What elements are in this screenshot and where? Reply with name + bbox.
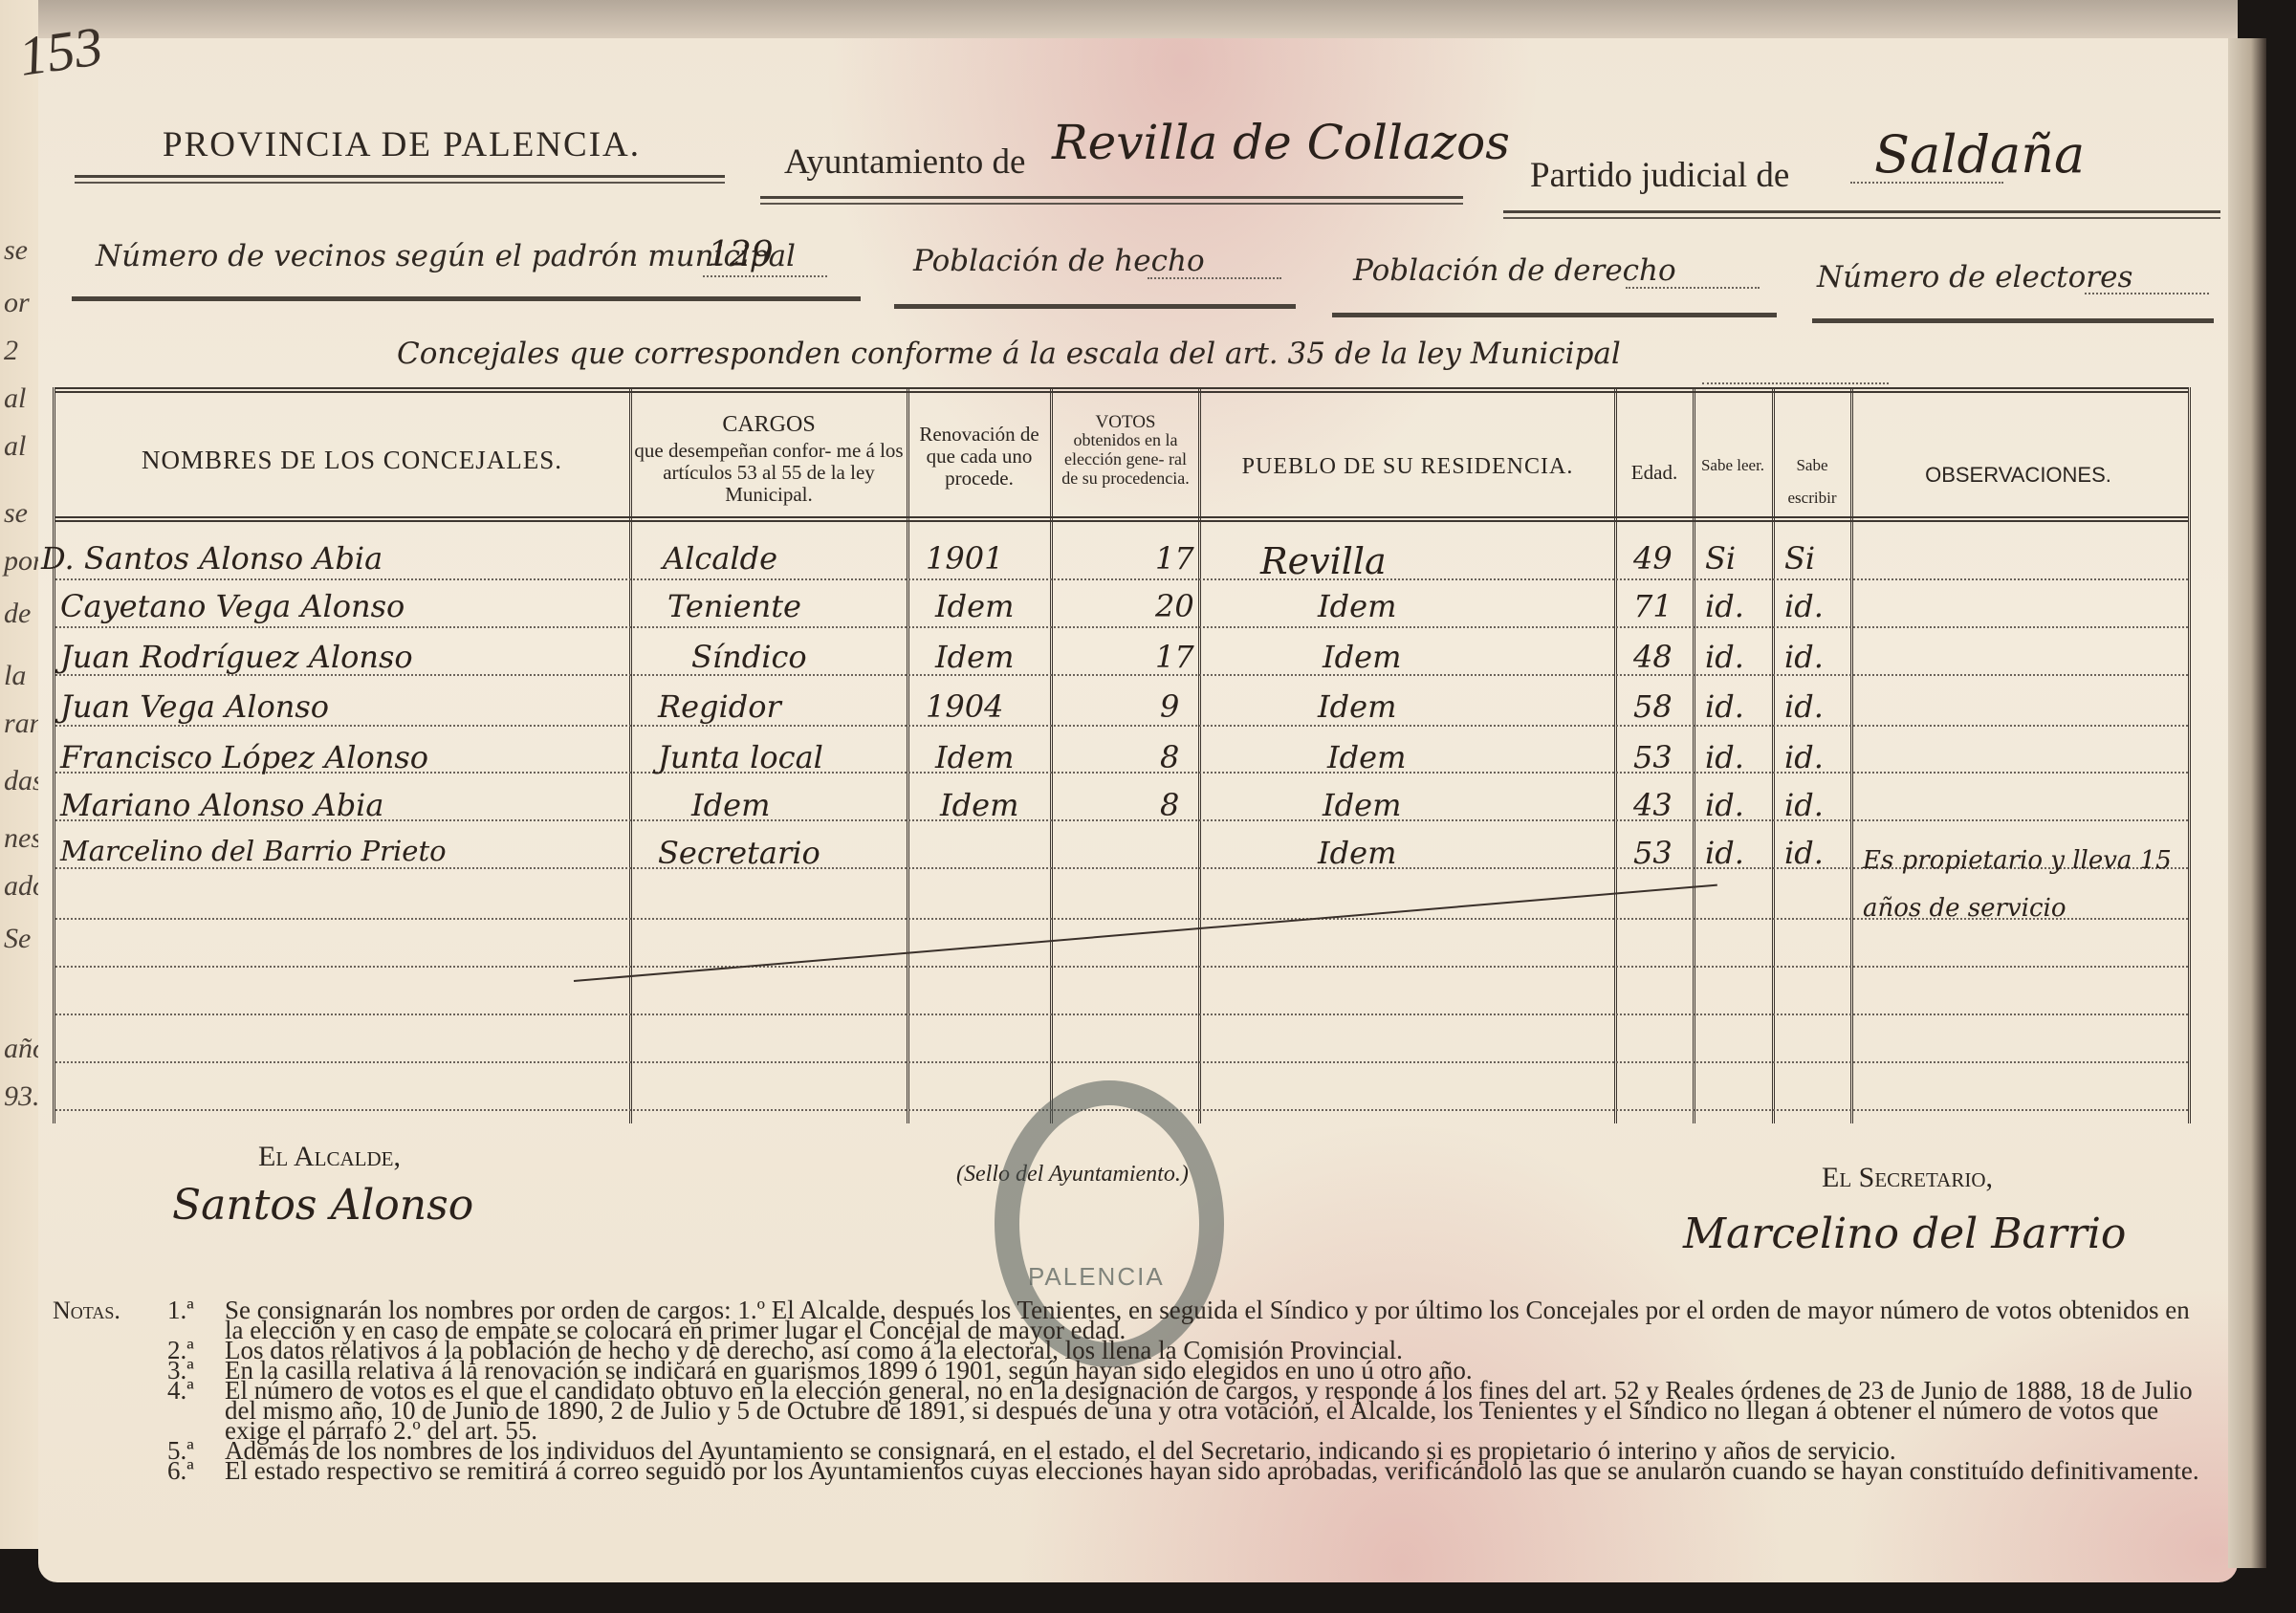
cell-pueblo: Revilla [1260,540,1387,582]
divider [894,304,1296,309]
cell-nombre: Francisco López Alonso [60,739,428,775]
partido-judicial-label: Partido judicial de [1530,155,1789,196]
cell-sabe-leer: id. [1705,588,1744,624]
electores-field[interactable] [2085,293,2209,294]
cell-nombre: Marcelino del Barrio Prieto [60,835,447,867]
poblacion-derecho-field[interactable] [1626,287,1760,289]
cell-cargo: Junta local [658,739,823,775]
header-observaciones: OBSERVACIONES. [1853,464,2183,486]
cell-pueblo: Idem [1323,639,1401,675]
prev-page-fragment: Se [4,923,31,955]
cell-sabe-escribir: Si [1784,540,1815,577]
folio-number: 153 [15,13,106,88]
note-item: 1.ªSe consignarán los nombres por orden … [53,1300,2214,1341]
cell-sabe-leer: id. [1705,639,1744,675]
vecinos-value: 129 [708,235,774,274]
row-line [55,966,2188,968]
cell-cargo: Regidor [658,688,781,725]
row-line [55,1014,2188,1015]
cell-sabe-leer: id. [1705,739,1744,775]
divider [75,175,725,184]
cell-sabe-leer: id. [1705,787,1744,823]
cell-cargo: Idem [691,787,770,823]
cell-edad: 53 [1633,739,1673,775]
cell-renovacion: 1901 [926,540,1003,577]
cell-sabe-escribir: id. [1784,688,1824,725]
cell-nombre: Cayetano Vega Alonso [60,588,405,624]
vecinos-dots [703,275,827,277]
poblacion-hecho-field[interactable] [1148,277,1281,279]
cell-pueblo: Idem [1327,739,1406,775]
alcalde-signature: Santos Alonso [172,1181,473,1230]
cell-pueblo: Idem [1318,688,1396,725]
cell-edad: 58 [1633,688,1673,725]
cell-sabe-leer: id. [1705,688,1744,725]
cell-edad: 49 [1633,540,1673,577]
cell-renovacion: Idem [935,739,1014,775]
note-number: 6.ª [167,1461,194,1481]
prev-page-fragment: se [4,234,28,267]
note-text: El número de votos es el que el candidat… [225,1376,2193,1445]
table-header-border [55,516,2188,522]
header-sabe-escribir: Sabe escribir [1775,449,1849,514]
cell-cargo: Alcalde [663,540,777,577]
cell-sabe-escribir: id. [1784,835,1824,871]
prev-page-fragment: de [4,598,31,630]
cell-observaciones: Es propietario y lleva 15 años de servic… [1863,837,2178,932]
header-edad: Edad. [1617,462,1692,484]
cell-renovacion: 1904 [926,688,1003,725]
header-pueblo: PUEBLO DE SU RESIDENCIA. [1203,456,1612,478]
cell-edad: 43 [1633,787,1673,823]
cell-votos: 8 [1160,739,1179,775]
electores-label: Número de electores [1817,260,2132,294]
stamp-text: PALENCIA [1028,1262,1165,1292]
cell-edad: 48 [1633,639,1673,675]
cell-renovacion: Idem [935,639,1014,675]
row-line [55,725,2188,727]
poblacion-derecho-label: Población de derecho [1353,253,1676,288]
cell-sabe-leer: Si [1705,540,1736,577]
divider [1332,313,1777,317]
header-sabe-leer: Sabe leer. [1695,449,1770,482]
cell-cargo: Teniente [667,588,801,624]
row-line [55,1061,2188,1063]
secretario-label: El Secretario, [1822,1162,1993,1194]
header-nombres: NOMBRES DE LOS CONCEJALES. [84,449,620,471]
header-votos-sub: obtenidos en la elección gene- ral de su… [1055,430,1196,488]
concejales-heading: Concejales que corresponden conforme á l… [397,337,1621,371]
cell-votos: 9 [1160,688,1179,725]
province-title: PROVINCIA DE PALENCIA. [163,124,641,165]
note-item: 4.ªEl número de votos es el que el candi… [53,1381,2214,1441]
vecinos-label: Número de vecinos según el padrón munici… [96,239,796,273]
cell-votos: 17 [1155,639,1194,675]
notes-section: Notas. 1.ªSe consignarán los nombres por… [53,1300,2214,1481]
cell-nombre: D. Santos Alonso Abia [41,540,383,577]
header-renovacion: Renovación de que cada uno procede. [911,424,1047,490]
cell-nombre: Juan Vega Alonso [60,688,329,725]
cell-sabe-escribir: id. [1784,787,1824,823]
cell-cargo: Secretario [658,835,820,871]
cell-sabe-escribir: id. [1784,588,1824,624]
cell-votos: 20 [1155,588,1194,624]
cell-edad: 71 [1633,588,1673,624]
header-cargos-title: CARGOS [634,414,904,436]
row-line [55,626,2188,628]
cell-pueblo: Idem [1318,588,1396,624]
cell-edad: 53 [1633,835,1673,871]
note-text: El estado respectivo se remitirá á corre… [225,1456,2199,1485]
cell-votos: 17 [1155,540,1194,577]
cell-renovacion: Idem [940,787,1018,823]
cell-pueblo: Idem [1318,835,1396,871]
cell-sabe-escribir: id. [1784,739,1824,775]
prev-page-fragment: 93. [4,1080,40,1113]
cell-sabe-leer: id. [1705,835,1744,871]
ayuntamiento-label: Ayuntamiento de [784,142,1025,183]
cell-pueblo: Idem [1323,787,1401,823]
divider [760,196,1463,205]
page-right-edge [2228,38,2266,1568]
table-top-border [55,387,2188,393]
poblacion-hecho-label: Población de hecho [913,244,1205,278]
row-line [55,578,2188,580]
cell-nombre: Mariano Alonso Abia [60,787,383,823]
divider [1503,210,2220,219]
prev-page-fragment: al [4,382,26,415]
partido-judicial-value: Saldaña [1874,124,2085,185]
divider [1812,318,2214,323]
cell-renovacion: Idem [935,588,1014,624]
prev-page-fragment: se [4,497,28,530]
cell-cargo: Síndico [691,639,807,675]
divider [72,296,861,301]
header-cargos-sub: que desempeñan confor- me á los artículo… [634,440,904,506]
cell-nombre: Juan Rodríguez Alonso [60,639,413,675]
prev-page-fragment: al [4,430,26,463]
note-number: 4.ª [167,1381,194,1401]
page-top-edge [38,0,2238,38]
cell-sabe-escribir: id. [1784,639,1824,675]
concejales-dots [1702,382,1889,384]
prev-page-fragment: or [4,287,30,319]
secretario-signature: Marcelino del Barrio [1683,1210,2126,1258]
cell-votos: 8 [1160,787,1179,823]
ayuntamiento-value: Revilla de Collazos [1052,115,1510,170]
prev-page-fragment: 2 [4,335,18,367]
note-number: 1.ª [167,1300,194,1320]
alcalde-label: El Alcalde, [258,1141,401,1173]
concejales-table: NOMBRES DE LOS CONCEJALES. CARGOS que de… [53,387,2191,1123]
prev-page-fragment: la [4,660,26,692]
note-item: 6.ªEl estado respectivo se remitirá á co… [53,1461,2214,1481]
